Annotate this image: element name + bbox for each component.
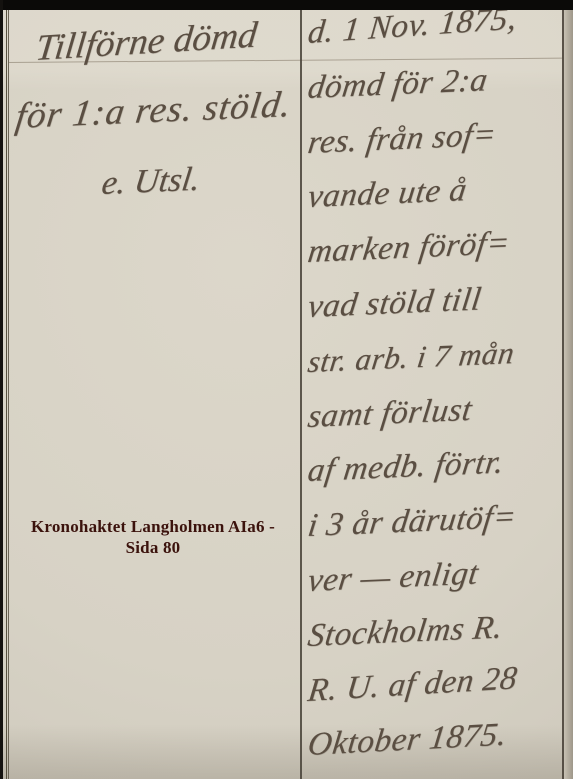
right-ledger-column: d. 1 Nov. 1875, dömd för 2:a res. från s… — [308, 6, 562, 773]
column-divider-line — [300, 0, 302, 779]
handwritten-line: Tillförne dömd — [32, 0, 304, 82]
left-ledger-column: Tillförne dömd för 1:a res. stöld. e. Ut… — [14, 14, 298, 218]
handwritten-line: e. Utsl. — [97, 141, 303, 217]
photo-edge-top — [0, 0, 573, 10]
photo-edge-left — [0, 0, 3, 779]
ledger-page-scan: Tillförne dömd för 1:a res. stöld. e. Ut… — [0, 0, 573, 779]
archive-stamp: Kronohaktet Langholmen AIa6 - Sida 80 — [22, 516, 284, 558]
handwritten-line: för 1:a res. stöld. — [11, 70, 304, 150]
left-column-ruling — [6, 0, 10, 779]
page-edge-shadow — [564, 0, 573, 779]
handwritten-line: Oktober 1875. — [305, 705, 568, 773]
